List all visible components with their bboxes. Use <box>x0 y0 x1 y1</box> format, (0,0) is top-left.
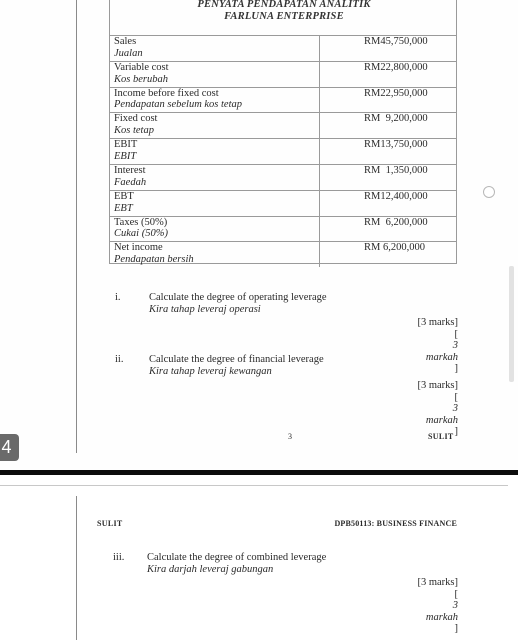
label-malay: Faedah <box>114 177 319 189</box>
income-statement-box: PENYATA PENDAPATAN ANALITIK FARLUNA ENTE… <box>109 0 457 264</box>
label-malay: EBT <box>114 203 319 215</box>
question-number: ii. <box>115 354 123 366</box>
line-item-label: Variable costKos berubah <box>110 61 320 87</box>
income-statement-table: SalesJualanRM45,750,000Variable costKos … <box>110 35 457 267</box>
label-english: Variable cost <box>114 62 319 74</box>
company-name: FARLUNA ENTERPRISE <box>110 11 458 22</box>
question-iii: iii. Calculate the degree of combined le… <box>113 552 413 576</box>
table-row: EBTEBTRM12,400,000 <box>110 190 457 216</box>
header-course-code: DPB50113: BUSINESS FINANCE <box>334 519 457 528</box>
line-item-value: RM 6,200,000 <box>320 242 458 267</box>
marks-i: [3 marks] [3 markah] <box>417 317 458 375</box>
label-english: Net income <box>114 242 319 254</box>
line-item-label: EBITEBIT <box>110 139 320 165</box>
marks-english: [3 marks] <box>417 380 458 392</box>
question-i: i. Calculate the degree of operating lev… <box>115 292 415 316</box>
line-item-value: RM22,950,000 <box>320 87 458 113</box>
label-malay: Cukai (50%) <box>114 228 319 240</box>
marks-english: [3 marks] <box>417 577 458 589</box>
line-item-value: RM13,750,000 <box>320 139 458 165</box>
page-left-margin-rule <box>76 496 77 640</box>
label-malay: Pendapatan sebelum kos tetap <box>114 99 319 111</box>
marks-malay: [3 markah] <box>417 589 458 635</box>
page-indicator-badge[interactable]: 4 <box>0 434 19 461</box>
question-text: Calculate the degree of combined leverag… <box>147 552 326 564</box>
header-classification: SULIT <box>97 519 123 528</box>
question-text-malay: Kira tahap leveraj operasi <box>149 304 327 316</box>
label-malay: Jualan <box>114 48 319 60</box>
question-text: Calculate the degree of operating levera… <box>149 292 327 304</box>
label-malay: Pendapatan bersih <box>114 254 319 266</box>
marks-malay: [3 markah] <box>417 392 458 438</box>
question-ii: ii. Calculate the degree of financial le… <box>115 354 415 378</box>
question-text-malay: Kira tahap leveraj kewangan <box>149 366 324 378</box>
marks-ii: [3 marks] [3 markah] <box>417 380 458 438</box>
line-item-value: RM 6,200,000 <box>320 216 458 242</box>
marks-malay: [3 markah] <box>417 329 458 375</box>
line-item-value: RM22,800,000 <box>320 61 458 87</box>
line-item-label: Income before fixed costPendapatan sebel… <box>110 87 320 113</box>
table-row: Taxes (50%)Cukai (50%)RM 6,200,000 <box>110 216 457 242</box>
label-malay: EBIT <box>114 151 319 163</box>
label-english: Taxes (50%) <box>114 217 319 229</box>
page-number: 3 <box>288 432 292 441</box>
table-row: EBITEBITRM13,750,000 <box>110 139 457 165</box>
page-left-margin-rule <box>76 0 77 453</box>
line-item-label: Fixed costKos tetap <box>110 113 320 139</box>
table-row: InterestFaedahRM 1,350,000 <box>110 164 457 190</box>
label-english: EBT <box>114 191 319 203</box>
page-top-edge <box>0 485 508 486</box>
label-english: EBIT <box>114 139 319 151</box>
statement-title: PENYATA PENDAPATAN ANALITIK <box>110 0 458 10</box>
table-row: SalesJualanRM45,750,000 <box>110 36 457 62</box>
table-row: Net incomePendapatan bersihRM 6,200,000 <box>110 242 457 267</box>
label-english: Income before fixed cost <box>114 88 319 100</box>
table-row: Fixed costKos tetapRM 9,200,000 <box>110 113 457 139</box>
label-english: Sales <box>114 36 319 48</box>
line-item-value: RM12,400,000 <box>320 190 458 216</box>
marks-iii: [3 marks] [3 markah] <box>417 577 458 635</box>
line-item-label: Taxes (50%)Cukai (50%) <box>110 216 320 242</box>
label-malay: Kos tetap <box>114 125 319 137</box>
line-item-value: RM 9,200,000 <box>320 113 458 139</box>
line-item-label: EBTEBT <box>110 190 320 216</box>
line-item-label: InterestFaedah <box>110 164 320 190</box>
question-number: i. <box>115 292 121 304</box>
vertical-scrollbar[interactable] <box>509 266 514 382</box>
question-number: iii. <box>113 552 124 564</box>
line-item-value: RM45,750,000 <box>320 36 458 62</box>
table-row: Variable costKos berubahRM22,800,000 <box>110 61 457 87</box>
question-text: Calculate the degree of financial levera… <box>149 354 324 366</box>
marks-english: [3 marks] <box>417 317 458 329</box>
line-item-value: RM 1,350,000 <box>320 164 458 190</box>
footer-classification: SULIT <box>428 432 454 441</box>
line-item-label: SalesJualan <box>110 36 320 62</box>
question-text-malay: Kira darjah leveraj gabungan <box>147 564 326 576</box>
label-english: Fixed cost <box>114 113 319 125</box>
line-item-label: Net incomePendapatan bersih <box>110 242 320 267</box>
circle-icon[interactable] <box>483 186 495 198</box>
label-english: Interest <box>114 165 319 177</box>
label-malay: Kos berubah <box>114 74 319 86</box>
table-row: Income before fixed costPendapatan sebel… <box>110 87 457 113</box>
